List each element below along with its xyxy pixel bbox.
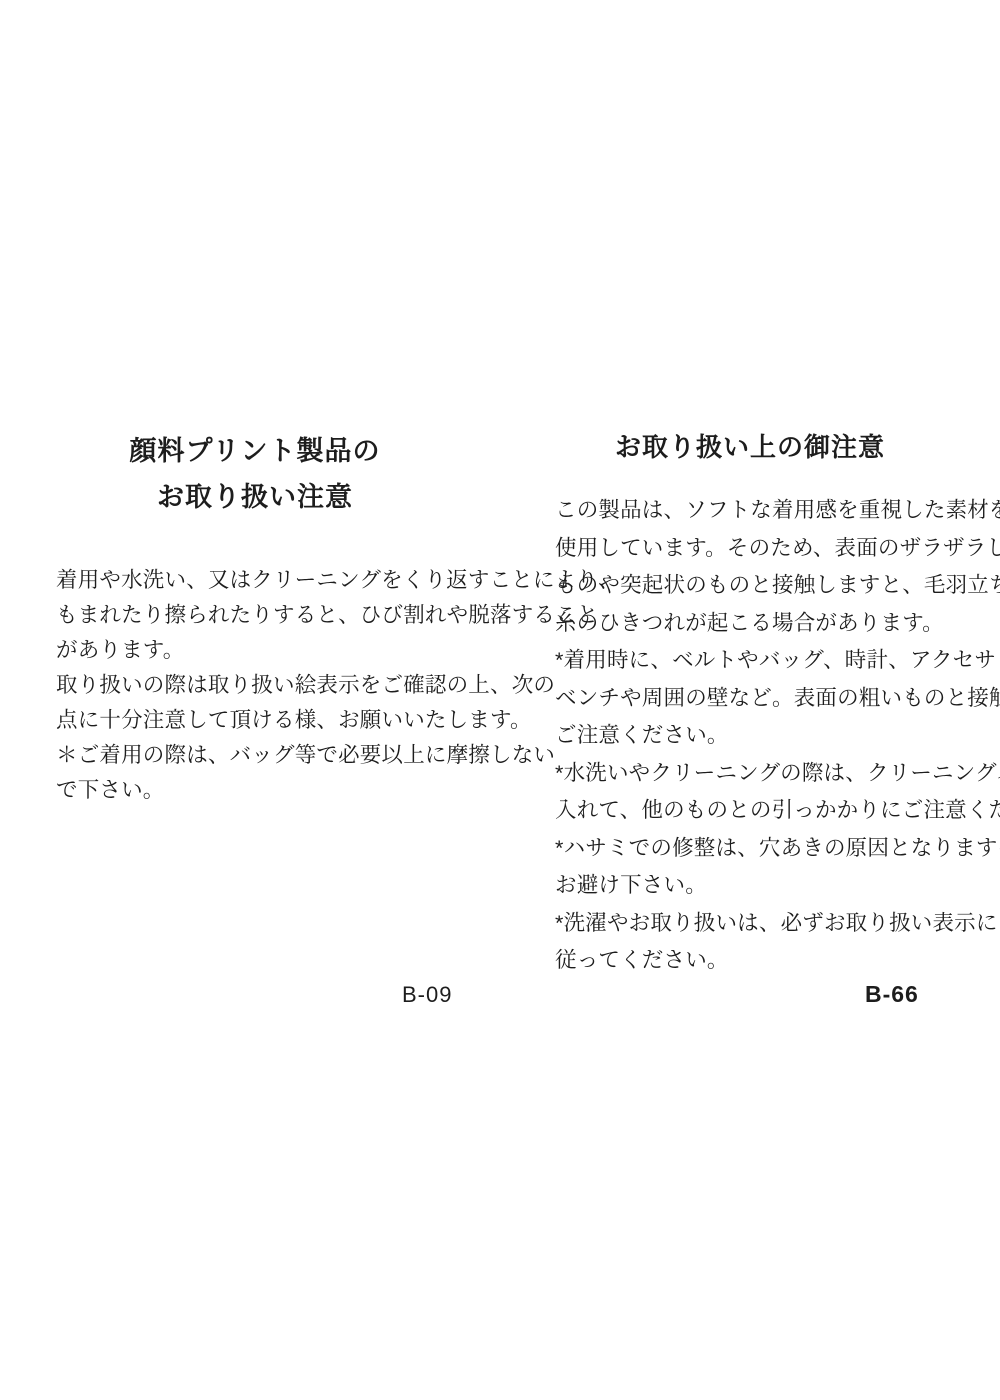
care-text-line: 従ってください。 [555, 942, 970, 980]
care-text-line: ご注意ください。 [555, 717, 970, 755]
care-text-line: 点に十分注意して頂ける様、お願いいたします。 [56, 703, 476, 738]
left-care-title-line1: 顔料プリント製品の [55, 428, 455, 474]
care-text-line: もまれたり擦られたりすると、ひび割れや脱落すること [56, 598, 476, 633]
right-care-title: お取り扱い上の御注意 [550, 424, 950, 470]
care-text-line: 入れて、他のものとの引っかかりにご注意ください。 [555, 792, 970, 830]
care-text-line: 使用しています。そのため、表面のザラザラした [555, 530, 970, 568]
care-text-line: ものや突起状のものと接触しますと、毛羽立ちや [555, 567, 970, 605]
care-label-page: { "page": { "background": "#ffffff", "te… [0, 0, 1000, 1400]
left-care-title: 顔料プリント製品の お取り扱い注意 [55, 428, 455, 520]
care-text-line: お避け下さい。 [555, 867, 970, 905]
care-text-line: *ハサミでの修整は、穴あきの原因となりますので [555, 830, 970, 868]
right-care-body: この製品は、ソフトな着用感を重視した素材を 使用しています。そのため、表面のザラ… [555, 492, 970, 980]
care-text-line: 取り扱いの際は取り扱い絵表示をご確認の上、次の [56, 668, 476, 703]
care-text-line: この製品は、ソフトな着用感を重視した素材を [555, 492, 970, 530]
right-label-code: B-66 [865, 981, 919, 1008]
care-text-line: 糸のひきつれが起こる場合があります。 [555, 605, 970, 643]
care-text-line: があります。 [56, 633, 476, 668]
care-text-line: *洗濯やお取り扱いは、必ずお取り扱い表示に [555, 905, 970, 943]
care-text-line: 着用や水洗い、又はクリーニングをくり返すことにより、 [56, 563, 476, 598]
left-care-body: 着用や水洗い、又はクリーニングをくり返すことにより、 もまれたり擦られたりすると… [56, 563, 476, 808]
care-text-line: で下さい。 [56, 773, 476, 808]
care-text-line: *水洗いやクリーニングの際は、クリーニングネットに [555, 755, 970, 793]
left-care-title-line2: お取り扱い注意 [55, 474, 455, 520]
care-text-line: ベンチや周囲の壁など。表面の粗いものと接触に [555, 680, 970, 718]
care-text-line: *着用時に、ベルトやバッグ、時計、アクセサリー、 [555, 642, 970, 680]
care-text-line: ＊ご着用の際は、バッグ等で必要以上に摩擦しない [56, 738, 476, 773]
left-label-code: B-09 [402, 982, 452, 1008]
